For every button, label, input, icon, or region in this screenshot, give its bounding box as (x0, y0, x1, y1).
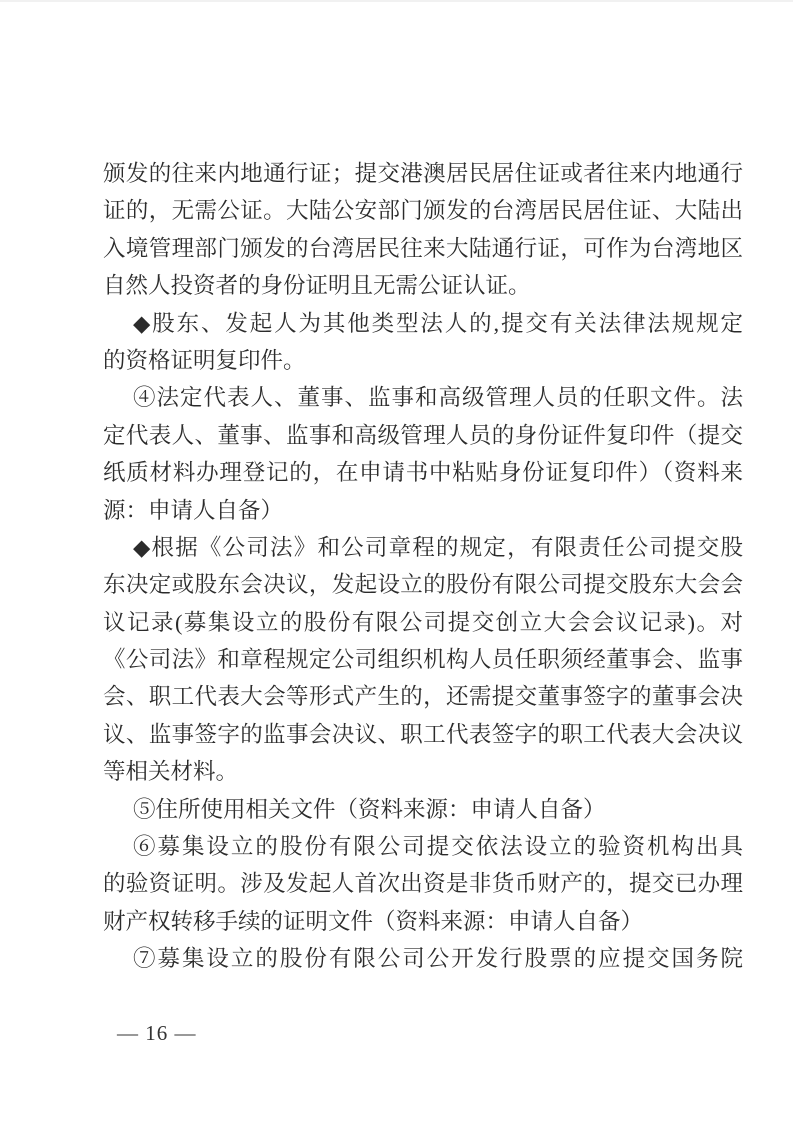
text-line: 的资格证明复印件。 (103, 342, 743, 379)
text-line: 入境管理部门颁发的台湾居民往来大陆通行证，可作为台湾地区 (103, 230, 743, 267)
document-page: 颁发的往来内地通行证；提交港澳居民居住证或者往来内地通行证的，无需公证。大陆公安… (0, 0, 793, 1122)
text-line: 议、监事签字的监事会决议、职工代表签字的职工代表大会决议 (103, 716, 743, 753)
page-number: — 16 — (117, 1018, 197, 1048)
text-line: 自然人投资者的身份证明且无需公证认证。 (103, 267, 743, 304)
text-line: ◆股东、发起人为其他类型法人的,提交有关法律法规规定 (103, 305, 743, 342)
text-line: 议记录(募集设立的股份有限公司提交创立大会会议记录)。对 (103, 604, 743, 641)
text-line: ⑤住所使用相关文件（资料来源：申请人自备） (103, 791, 743, 828)
text-line: 会、职工代表大会等形式产生的，还需提交董事签字的董事会决 (103, 678, 743, 715)
text-line: 《公司法》和章程规定公司组织机构人员任职须经董事会、监事 (103, 641, 743, 678)
text-line: ◆根据《公司法》和公司章程的规定，有限责任公司提交股 (103, 529, 743, 566)
text-line: 等相关材料。 (103, 753, 743, 790)
text-line: 颁发的往来内地通行证；提交港澳居民居住证或者往来内地通行 (103, 155, 743, 192)
text-line: 财产权转移手续的证明文件（资料来源：申请人自备） (103, 903, 743, 940)
document-body: 颁发的往来内地通行证；提交港澳居民居住证或者往来内地通行证的，无需公证。大陆公安… (103, 155, 743, 978)
text-line: 源：申请人自备） (103, 492, 743, 529)
text-line: 定代表人、董事、监事和高级管理人员的身份证件复印件（提交 (103, 417, 743, 454)
text-line: 纸质材料办理登记的，在申请书中粘贴身份证复印件）（资料来 (103, 454, 743, 491)
text-line: 证的，无需公证。大陆公安部门颁发的台湾居民居住证、大陆出 (103, 192, 743, 229)
text-line: ④法定代表人、董事、监事和高级管理人员的任职文件。法 (103, 379, 743, 416)
text-line: ⑦募集设立的股份有限公司公开发行股票的应提交国务院 (103, 940, 743, 977)
text-line: ⑥募集设立的股份有限公司提交依法设立的验资机构出具 (103, 828, 743, 865)
text-line: 东决定或股东会决议，发起设立的股份有限公司提交股东大会会 (103, 566, 743, 603)
text-line: 的验资证明。涉及发起人首次出资是非货币财产的，提交已办理 (103, 865, 743, 902)
